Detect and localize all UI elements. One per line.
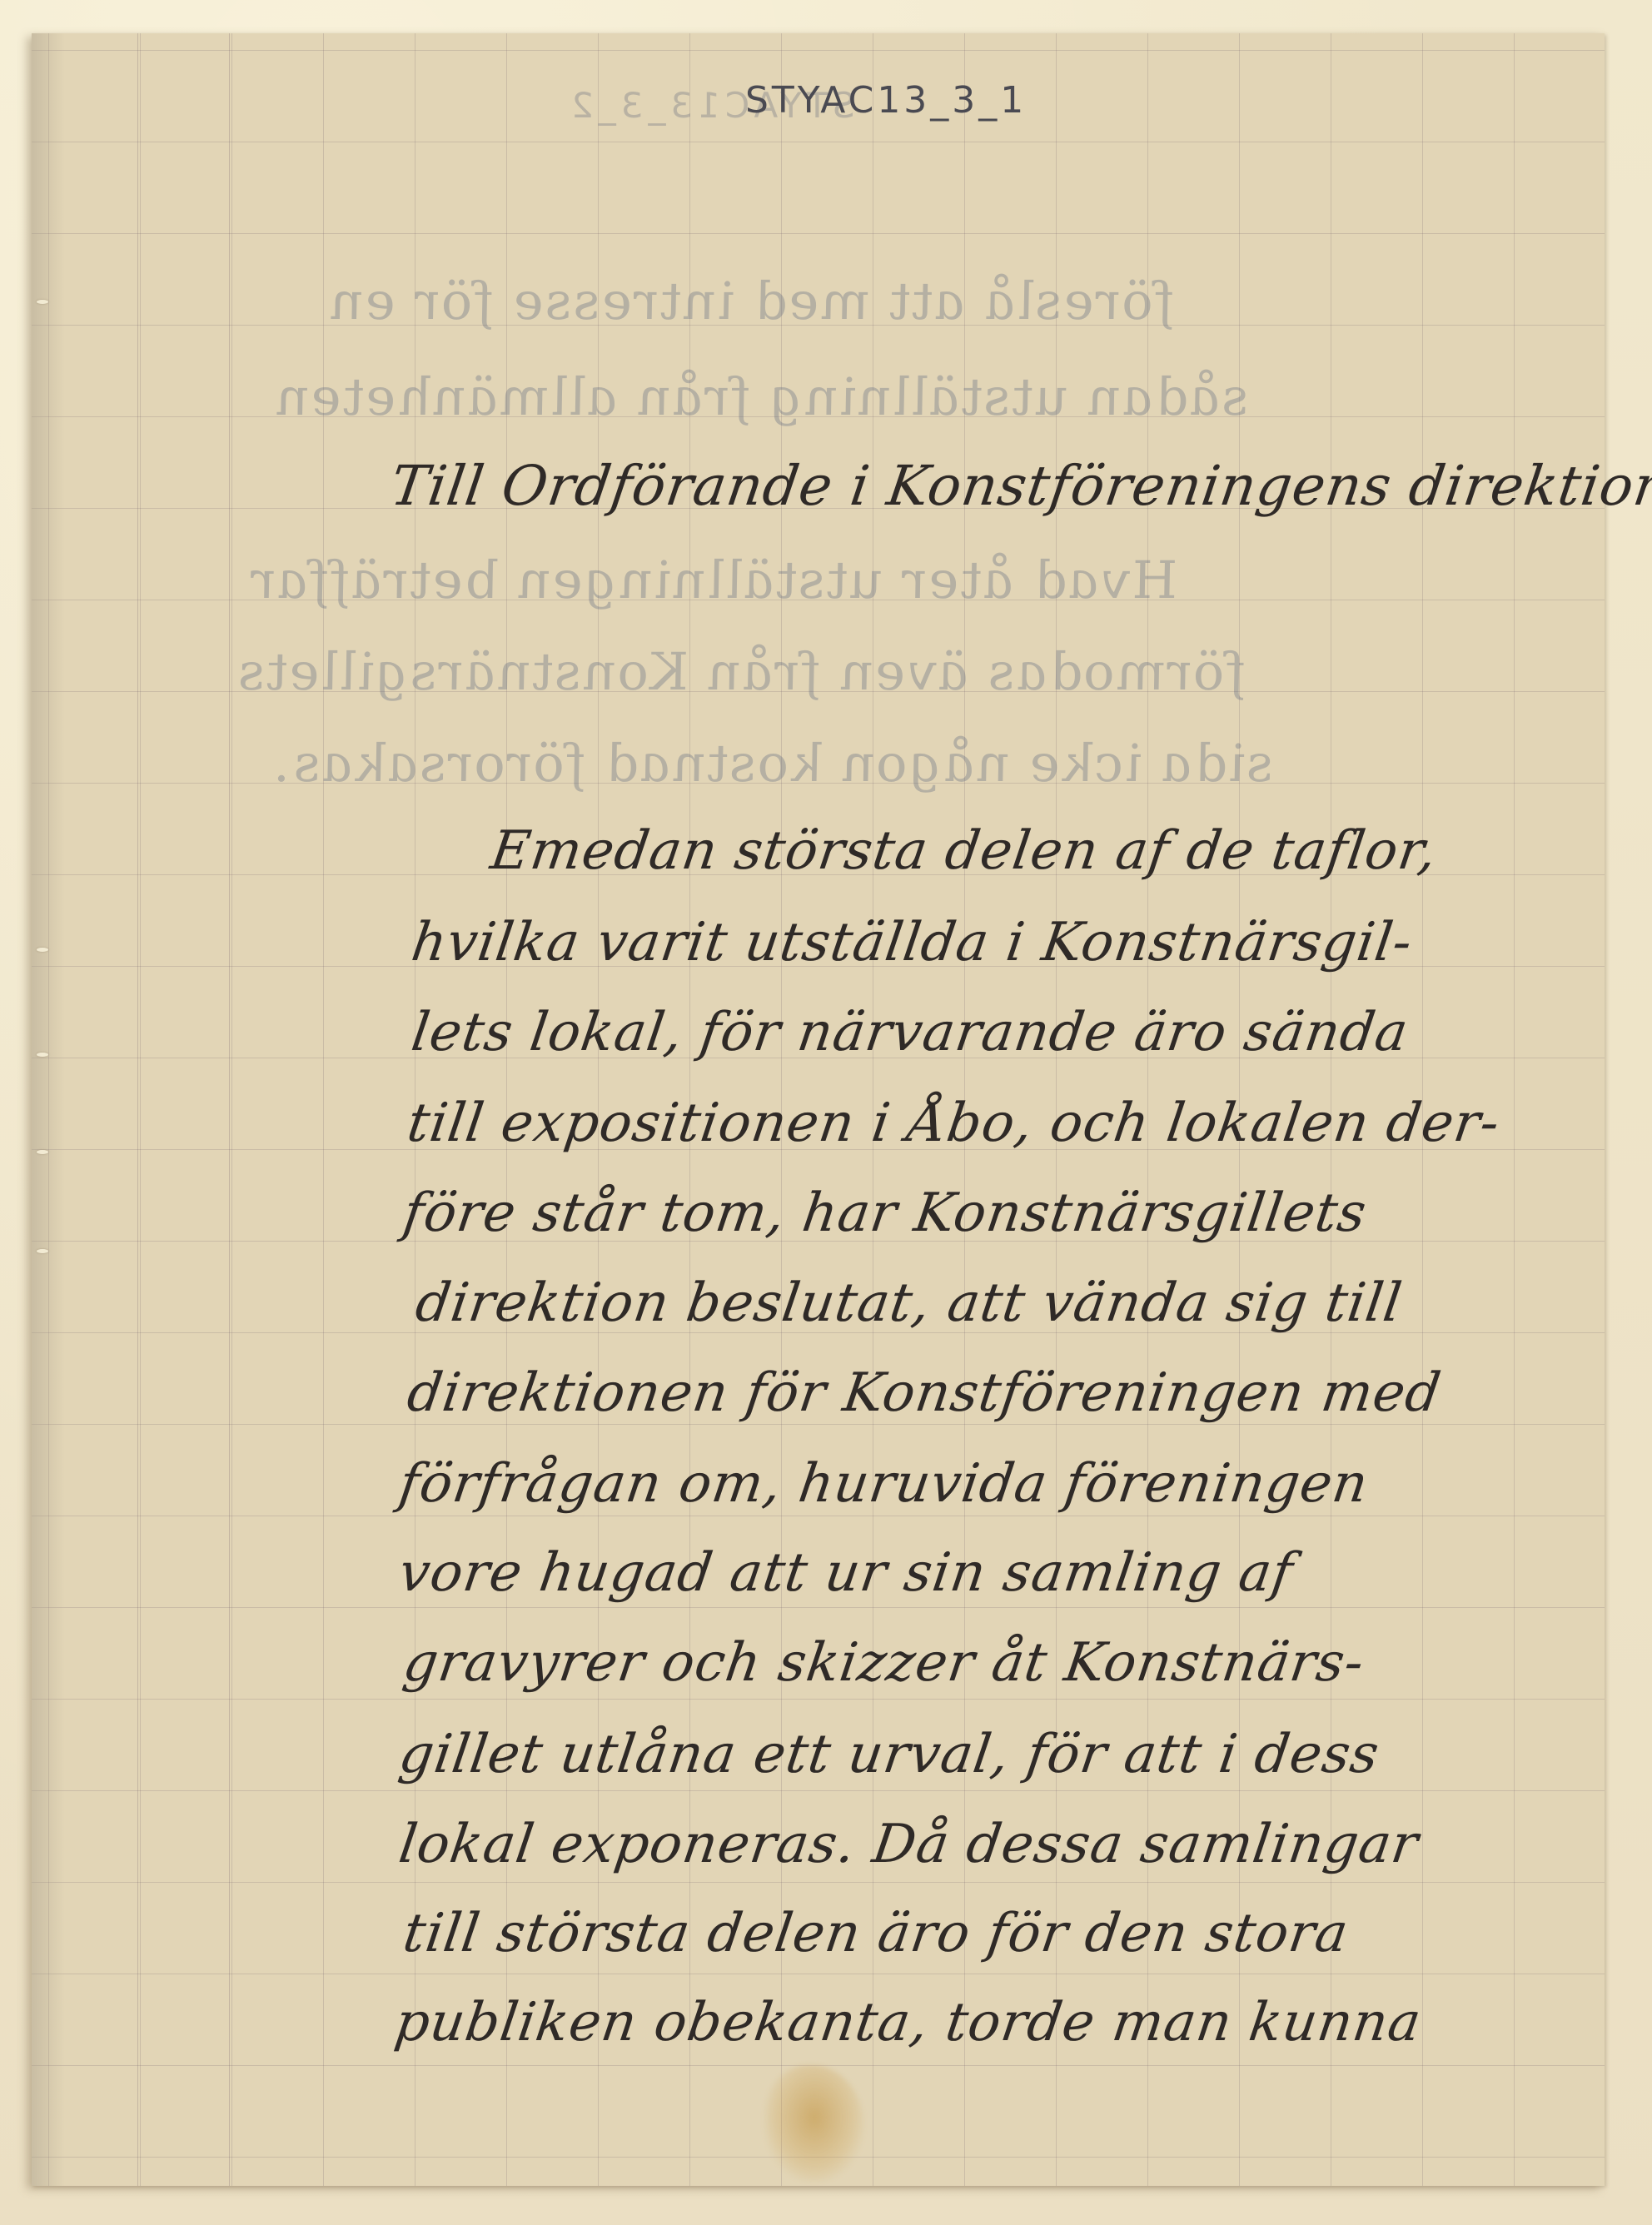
letter-line: till största delen äro för den stora	[400, 1903, 1352, 1964]
letter-line: till expositionen i Åbo, och lokalen der…	[404, 1093, 1504, 1154]
page-margin-rule	[229, 33, 230, 2186]
letter-line: före står tom, har Konstnärsgillets	[400, 1182, 1371, 1244]
bleedthrough-line: föreslå att med intresse för en	[322, 271, 1181, 331]
letter-line: lets lokal, för närvarande äro sända	[408, 1002, 1412, 1063]
letter-line: förfrågan om, huruvida föreningen	[396, 1453, 1372, 1515]
letter-line: vore hugad att ur sin samling af	[396, 1542, 1297, 1604]
bleedthrough-line: Hvad åter utställningen beträffar	[243, 550, 1183, 610]
binding-hole	[37, 1249, 48, 1253]
binding-hole	[37, 948, 48, 952]
letter-heading: Till Ordförande i Konstföreningens direk…	[387, 454, 1652, 518]
letter-line: gillet utlåna ett urval, för att i dess	[396, 1724, 1383, 1785]
letter-line: gravyrer och skizzer åt Konstnärs-	[400, 1632, 1368, 1694]
bleedthrough-line: sida icke någon kostnad förorsakas.	[268, 733, 1280, 794]
page-margin-rule	[137, 33, 138, 2186]
archive-id-label: STYAC13_3_1	[745, 79, 1027, 122]
letter-line: lokal exponeras. Då dessa samlingar	[396, 1814, 1422, 1875]
letter-line: Emedan största delen af de taflor,	[487, 820, 1441, 882]
bleedthrough-line: sådan utställning från allmänheten	[268, 366, 1256, 427]
bleedthrough-line: förmodas även från Konstnärsgillets	[231, 641, 1252, 702]
letter-line: publiken obekanta, torde man kunna	[391, 1992, 1426, 2053]
binding-hole	[37, 300, 48, 304]
letter-line: hvilka varit utställda i Konstnärsgil-	[408, 912, 1416, 973]
binding-hole	[37, 1053, 48, 1057]
letter-line: direktion beslutat, att vända sig till	[412, 1272, 1406, 1334]
foxing-stain	[764, 2065, 864, 2182]
letter-line: direktionen för Konstföreningen med	[404, 1362, 1445, 1424]
binding-hole	[37, 1150, 48, 1154]
